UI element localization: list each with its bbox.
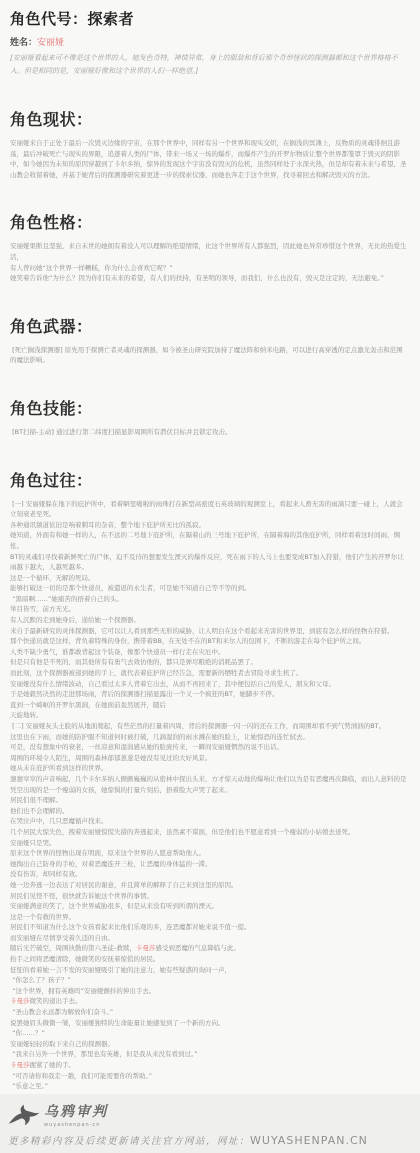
text-segment: 这是一个有救的世界。	[10, 913, 75, 921]
text-segment: 这是一个循环，无解的死局。	[10, 574, 95, 582]
text-line: 卡曼莎握紧了她的手。	[10, 1060, 408, 1071]
text-segment: BT的灵魂们寻找着新鲜死亡的尸体，迫不及待的想要发生湮灭的爆炸反应，死在雨下的人…	[10, 553, 404, 572]
text-segment: 她笑着告诉他“为什么？因为你们有未来的希望，有人们的扶持，有圣明的领导，而我们，…	[10, 274, 384, 282]
text-line: 窸窸窣窣的声音响起，几个卡尔多纳人颤颤巍巍的从密林中探出头来，方才惊天动地的爆响…	[10, 774, 408, 795]
text-line: 卡曼莎微笑的递出手去。	[10, 996, 408, 1007]
text-segment: “乐意之至。”	[10, 1082, 48, 1090]
text-line: 各种通讯频道依旧是响着刺耳的杂音，整个地下庇护所无比的孤寂。	[10, 520, 408, 531]
text-line: 能够打破这一切的是那个快递员，被遣返的永生者，可是她不知道自己等不等的到。	[10, 583, 408, 594]
text-segment: 可是，没有想象中的衰老，一丝凉意和湿润感从她的脸庞传来，一瞬间安丽娅惘然的说不出…	[10, 743, 283, 751]
section-body-skill: [BT扫描-主动] 通过进行第二纬度扫描显影周围所有潜伏目标并且锁定攻击。	[10, 427, 408, 438]
text-segment: “圣山教会永远都为解放你们奋斗。”	[10, 1008, 113, 1016]
text-line: 随后光芒破空，周围执勤的第六圣徒-救赎，卡曼莎感受到恶魔的气息降临与此。	[10, 943, 408, 954]
text-line: “黑暗啊……”她痛苦的捂着自己的头。	[10, 594, 408, 605]
text-line: 安丽娅满意的笑了，这个世界威胁很多，但是从来没有听到所谓的湮灭。	[10, 901, 408, 912]
text-segment: “你怎么了？孩子？”	[10, 976, 71, 984]
text-line: 她掏出自己防身的手枪，对着恶魔连开三枪，让恶魔的身体猛的一滞。	[10, 859, 408, 870]
text-segment: 怔怔的看着她一言不发的安丽娅吸引了她的注意力，她有些疑惑的询问一声，	[10, 966, 231, 974]
text-line: “你怎么了？孩子？”	[10, 975, 408, 986]
text-line: 没有伤害，却同样有效。	[10, 869, 408, 880]
character-link[interactable]: 卡曼莎	[10, 1061, 30, 1069]
text-segment: 居民们见怪不怪，很快就告诉她这个世界的事情。	[10, 892, 153, 900]
text-line: “可否请你和我走一趟，我们可能需要你的帮助。”	[10, 1071, 408, 1082]
text-line: 有人曾问她“这个世界一样糟糕，你为什么会喜欢它呢？”	[10, 263, 408, 274]
text-segment: 有人沉默的走到她身后，递给她一个探测器。	[10, 616, 140, 624]
text-segment: 举目皆雪，前方无光。	[10, 605, 75, 613]
text-line: [一] 安丽娅躲在地下的庇护所中，看着噼里啪啦的雨珠打在新型高密度石英玻璃的观测…	[10, 499, 408, 520]
text-segment: 但是只有他是不死的，而其他所有有勇气去效仿他的，都只是弹尽粮绝的消耗品罢了。	[10, 658, 257, 666]
text-segment: 说罢她眉头微微一皱，安丽娅独特的生命能量让她感觉到了一个新的方向。	[10, 1019, 225, 1027]
text-line: 说罢她眉头微微一皱，安丽娅独特的生命能量让她感觉到了一个新的方向。	[10, 1018, 408, 1029]
logo-text-block: 乌鸦审判 wuyashenpan-cn	[44, 1101, 108, 1128]
section-body-personality: 安丽娅果断且坚强，来自末世的她拥有着没人可以理解的绝望情绪，比这个世界所有人都强…	[10, 241, 408, 283]
text-line: 他们也不会理解的。	[10, 806, 408, 817]
text-segment: 抬手之间将恶魔清除，她微笑的安抚着惊慌的居民。	[10, 955, 160, 963]
text-line: [死亡搁浅探测器] 原先用于探测亡者灵魂的探测器，如今被圣山研究院加持了魔法阵和…	[10, 345, 408, 366]
text-line: “圣山教会永远都为解放你们奋斗。”	[10, 1007, 408, 1018]
site-url: WUYASHENPAN.CN	[250, 1134, 368, 1147]
text-line: 可是，没有想象中的衰老，一丝凉意和湿润感从她的脸庞传来，一瞬间安丽娅惘然的说不出…	[10, 742, 408, 753]
text-line: 她一边奔逃一边表达了对居民的谢意，并且简单的解释了自己来到这里的原因。	[10, 880, 408, 891]
site-logo: 乌鸦审判 wuyashenpan-cn	[8, 1101, 410, 1128]
text-segment: “黑暗啊……”她痛苦的捂着自己的头。	[10, 595, 123, 603]
character-name-link[interactable]: 安丽娅	[37, 38, 64, 48]
crow-icon	[8, 1103, 40, 1127]
text-segment: “你……？”	[10, 1029, 45, 1037]
text-line: 这是一个循环，无解的死局。	[10, 573, 408, 584]
section-body-status: 安丽娅来自于正处于最后一次毁灭边缘的宇宙，在那个世界中，同样有另一个世界和现实交…	[10, 138, 408, 180]
text-line: 居民们见怪不怪，很快就告诉她这个世界的事情。	[10, 891, 408, 902]
text-line: 抬手之间将恶魔清除，她微笑的安抚着惊慌的居民。	[10, 954, 408, 965]
text-line: 居民们不知道为什么这个女孩看起来比他们乐观的多，连恶魔都对她来说不值一提。	[10, 922, 408, 933]
text-segment: 微笑的递出手去。	[30, 997, 82, 1005]
text-segment: “这个世界，拥有英雄吗”安丽娅颤抖的伸出手去。	[10, 987, 155, 995]
text-segment: “我来自另外一个世界，那里也有英雄，但是我从来没有看到过。”	[10, 1050, 198, 1058]
text-segment: 这里也在下雨，而她的防护服不知道何时被打破，几滴湿润的雨水溅在她的脸上，让她惊恐…	[10, 733, 309, 741]
section-body-history: [一] 安丽娅躲在地下的庇护所中，看着噼里啪啦的雨珠打在新型高密度石英玻璃的观测…	[10, 499, 408, 1092]
text-line: 安丽娅轻轻的取下来自己的探测器。	[10, 1039, 408, 1050]
text-segment: 在哭泣声中，几只恶魔循声找来。	[10, 817, 108, 825]
text-segment: 安丽娅满意的笑了，这个世界威胁很多，但是从来没有听到所谓的湮灭。	[10, 902, 218, 910]
section-heading-skill: 角色技能：	[10, 396, 408, 419]
text-segment: 居民们不知道为什么这个女孩看起来比他们乐观的多，连恶魔都对她来说不值一提。	[10, 923, 251, 931]
logo-text: 乌鸦审判	[44, 1101, 108, 1121]
character-link[interactable]: 卡曼莎	[10, 997, 30, 1005]
text-segment: 直到一个崎岖的开罗尔黑洞，在她面前轰然展开，随后	[10, 701, 166, 709]
text-line: “我来自另外一个世界，那里也有英雄，但是我从来没有看到过。”	[10, 1049, 408, 1060]
text-segment: 于是她毅然决然的走进那场雨，背后的探测器扫描显露出一个又一个疯狂的BT，她脚步不…	[10, 690, 278, 698]
text-line: 她从未在庇护所看到这样的世界。	[10, 763, 408, 774]
text-segment: 没有伤害，却同样有效。	[10, 870, 82, 878]
text-line: 而安丽娅在尽情享受着久违的自由。	[10, 933, 408, 944]
text-line: BT的灵魂们寻找着新鲜死亡的尸体，迫不及待的想要发生湮灭的爆炸反应，死在雨下的人…	[10, 552, 408, 573]
text-line: 这是一个有救的世界。	[10, 912, 408, 923]
text-line: 安丽娅没有什么情绪波动，自己看过太多人背着它出去，从而不再回来了，其中便包括自己…	[10, 679, 408, 690]
tagline-text: 更多精彩内容及后续更新请关注官方网站，网址：	[8, 1136, 250, 1147]
text-segment: [一] 安丽娅躲在地下的庇护所中，看着噼里啪啦的雨珠打在新型高密度石英玻璃的观测…	[10, 500, 403, 519]
text-line: 那个快递员就是这样，背负着特殊的身份，携带着BB，在无处不在的BT和米尔人的包围…	[10, 636, 408, 647]
text-segment: 居民们很不理解。	[10, 796, 62, 804]
text-line: [BT扫描-主动] 通过进行第二纬度扫描显影周围所有潜伏目标并且锁定攻击。	[10, 427, 408, 438]
text-segment: 而安丽娅在尽情享受着久违的自由。	[10, 934, 114, 942]
text-segment: 窸窸窣窣的声音响起，几个卡尔多纳人颤颤巍巍的从密林中探出头来，方才惊天动地的爆响…	[10, 775, 407, 794]
text-segment: 周围的环境令人陌生，周围的森林郁郁葱葱是她没有见过的大好风景。	[10, 754, 212, 762]
text-line: 有人沉默的走到她身后，递给她一个探测器。	[10, 615, 408, 626]
name-line: 姓名：安丽娅	[10, 35, 408, 48]
text-line: 安丽娅果断且坚强，来自末世的她拥有着没人可以理解的绝望情绪，比这个世界所有人都强…	[10, 241, 408, 262]
text-line: 于是她毅然决然的走进那场雨，背后的探测器扫描显露出一个又一个疯狂的BT，她脚步不…	[10, 689, 408, 700]
section-heading-weapon: 角色武器：	[10, 314, 408, 337]
text-line: 原来这个世界的怪物出现在明面，原来这个世界的人愿意帮助他人。	[10, 848, 408, 859]
text-line: “乐意之至。”	[10, 1081, 408, 1092]
text-segment: 而此刻，这个探测器被递到她的手上，就代表着庇护所已经告急，需要新的牺牲者去冒险寻…	[10, 669, 303, 677]
text-segment: 安丽娅只是哭。	[10, 839, 56, 847]
text-segment: 人类不缺少勇气，谁都敢背起这个装备，像那个快递员一样行走在灾厄中。	[10, 648, 225, 656]
text-segment: 安丽娅果断且坚强，来自末世的她拥有着没人可以理解的绝望情绪，比这个世界所有人都强…	[10, 242, 407, 261]
text-segment: 他们也不会理解的。	[10, 807, 69, 815]
text-segment: 那个快递员就是这样，背负着特殊的身份，携带着BB，在无处不在的BT和米尔人的包围…	[10, 637, 365, 645]
text-segment: [死亡搁浅探测器] 原先用于探测亡者灵魂的探测器，如今被圣山研究院加持了魔法阵和…	[10, 346, 403, 365]
section-heading-history: 角色过往：	[10, 468, 408, 491]
text-line: 但是只有他是不死的，而其他所有有勇气去效仿他的，都只是弹尽粮绝的消耗品罢了。	[10, 657, 408, 668]
text-line: [二] 安丽娅灰头土脸的从地面爬起，有些茫然的打量着四周，背后的探测器一闪一闪的…	[10, 721, 408, 732]
text-line: 来自于最新研究的灵体探测器，它可以让人看到那些无形的威胁，让人明白在这个看起来无…	[10, 626, 408, 637]
text-segment: 随后光芒破空，周围执勤的第六圣徒-救赎，	[10, 944, 136, 952]
text-segment: 安丽娅来自于正处于最后一次毁灭边缘的宇宙，在那个世界中，同样有另一个世界和现实交…	[10, 139, 407, 179]
footer-tagline: 更多精彩内容及后续更新请关注官方网站，网址：WUYASHENPAN.CN	[8, 1133, 410, 1147]
text-segment: 她知道，外面有和她一样的人，在不远的二号地下庇护所，在隔着山的三号地下庇护所，在…	[10, 531, 400, 550]
section-heading-status: 角色现状：	[10, 107, 408, 130]
text-segment: 来自于最新研究的灵体探测器，它可以让人看到那些无形的威胁，让人明白在这个看起来无…	[10, 627, 394, 635]
text-segment: 她一边奔逃一边表达了对居民的谢意，并且简单的解释了自己来到这里的原因。	[10, 881, 238, 889]
text-line: 安丽娅来自于正处于最后一次毁灭边缘的宇宙，在那个世界中，同样有另一个世界和现实交…	[10, 138, 408, 180]
section-body-weapon: [死亡搁浅探测器] 原先用于探测亡者灵魂的探测器，如今被圣山研究院加持了魔法阵和…	[10, 345, 408, 366]
text-line: 天旋地转。	[10, 710, 408, 721]
text-line: 安丽娅只是哭。	[10, 838, 408, 849]
text-segment: 有人曾问她“这个世界一样糟糕，你为什么会喜欢它呢？”	[10, 264, 173, 272]
site-footer: 乌鸦审判 wuyashenpan-cn 更多精彩内容及后续更新请关注官方网站，网…	[0, 1094, 420, 1153]
text-line: 这里也在下雨，而她的防护服不知道何时被打破，几滴湿润的雨水溅在她的脸上，让她惊恐…	[10, 732, 408, 743]
text-line: 几个居民大惊失色，拽着安丽娅惊慌失措的奔逃起来，虽然素不谋面，但是他们也不愿意看…	[10, 827, 408, 838]
text-segment: 天旋地转。	[10, 711, 43, 719]
text-segment: 安丽娅轻轻的取下来自己的探测器。	[10, 1040, 114, 1048]
text-segment: 她从未在庇护所看到这样的世界。	[10, 764, 108, 772]
text-segment: 几个居民大惊失色，拽着安丽娅惊慌失措的奔逃起来，虽然素不谋面，但是他们也不愿意看…	[10, 828, 355, 836]
text-line: 周围的环境令人陌生，周围的森林郁郁葱葱是她没有见过的大好风景。	[10, 753, 408, 764]
text-segment: 能够打破这一切的是那个快递员，被遣返的永生者，可是她不知道自己等不等的到。	[10, 584, 251, 592]
character-sheet: 角色代号：探索者 姓名：安丽娅 [安丽娅看起来可不像是这个世界的人，她发色奇特，…	[0, 0, 420, 1115]
logo-subtext: wuyashenpan-cn	[44, 1122, 108, 1128]
text-line: 人类不缺少勇气，谁都敢背起这个装备，像那个快递员一样行走在灾厄中。	[10, 647, 408, 658]
text-segment: 感受到恶魔的气息降临与此。	[155, 944, 240, 952]
text-segment: 她掏出自己防身的手枪，对着恶魔连开三枪，让恶魔的身体猛的一滞。	[10, 860, 212, 868]
page-title: 角色代号：探索者	[10, 8, 408, 29]
character-profile-page: { "page": { "title": "角色代号：探索者", "name_l…	[0, 0, 420, 1153]
text-segment: 安丽娅没有什么情绪波动，自己看过太多人背着它出去，从而不再回来了，其中便包括自己…	[10, 680, 335, 688]
text-line: 而此刻，这个探测器被递到她的手上，就代表着庇护所已经告急，需要新的牺牲者去冒险寻…	[10, 668, 408, 679]
character-link[interactable]: 卡曼莎	[136, 944, 156, 952]
text-line: 举目皆雪，前方无光。	[10, 604, 408, 615]
text-segment: [BT扫描-主动] 通过进行第二纬度扫描显影周围所有潜伏目标并且锁定攻击。	[10, 428, 232, 436]
name-label: 姓名：	[10, 38, 37, 48]
text-line: 在哭泣声中，几只恶魔循声找来。	[10, 816, 408, 827]
text-segment: 原来这个世界的怪物出现在明面，原来这个世界的人愿意帮助他人。	[10, 849, 205, 857]
text-line: 她笑着告诉他“为什么？因为你们有未来的希望，有人们的扶持，有圣明的领导，而我们，…	[10, 273, 408, 284]
text-line: “这个世界，拥有英雄吗”安丽娅颤抖的伸出手去。	[10, 986, 408, 997]
text-line: 她知道，外面有和她一样的人，在不远的二号地下庇护所，在隔着山的三号地下庇护所，在…	[10, 530, 408, 551]
intro-quote: [安丽娅看起来可不像是这个世界的人，她发色奇特，神情异常，身上的服装和背后那个奇…	[10, 52, 408, 77]
text-segment: 各种通讯频道依旧是响着刺耳的杂音，整个地下庇护所无比的孤寂。	[10, 521, 205, 529]
text-line: 直到一个崎岖的开罗尔黑洞，在她面前轰然展开，随后	[10, 700, 408, 711]
sections-container: 角色现状：安丽娅来自于正处于最后一次毁灭边缘的宇宙，在那个世界中，同样有另一个世…	[10, 107, 408, 1092]
text-line: “你……？”	[10, 1028, 408, 1039]
text-line: 居民们很不理解。	[10, 795, 408, 806]
text-segment: [二] 安丽娅灰头土脸的从地面爬起，有些茫然的打量着四周，背后的探测器一闪一闪的…	[10, 722, 385, 730]
section-heading-personality: 角色性格：	[10, 210, 408, 233]
text-segment: 握紧了她的手。	[30, 1061, 76, 1069]
text-line: 怔怔的看着她一言不发的安丽娅吸引了她的注意力，她有些疑惑的询问一声，	[10, 965, 408, 976]
text-segment: “可否请你和我走一趟，我们可能需要你的帮助。”	[10, 1072, 152, 1080]
